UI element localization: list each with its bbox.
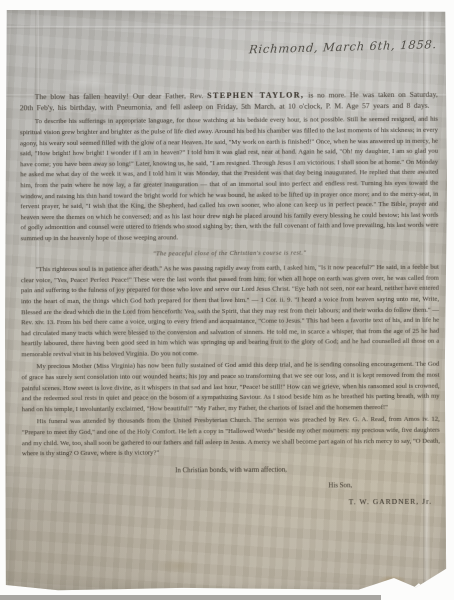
opening-text-before-name: The blow has fallen heavily! Our dear Fa… (35, 91, 207, 101)
paper-sheet: Richmond, March 6th, 1858. The blow has … (5, 10, 447, 592)
paragraph-last-words: "This righteous soul is in patience afte… (21, 263, 440, 361)
signoff-line: His Son, (22, 481, 440, 494)
paragraph-funeral: His funeral was attended by thousands fr… (22, 415, 440, 460)
scan-edge-shadow (0, 595, 381, 600)
paragraph-consolation: My precious Mother (Miss Virginia) has n… (21, 360, 439, 416)
paragraph-deathbed-scenes: To describe his sufferings in appropriat… (20, 115, 439, 245)
paragraph-opening: The blow has fallen heavily! Our dear Fa… (20, 89, 438, 114)
deceased-name: STEPHEN TAYLOR, (207, 91, 304, 101)
closing-line: In Christian bonds, with warm affection, (22, 465, 440, 478)
centered-quote: "The peaceful close of the Christian's c… (21, 247, 439, 260)
letter-body: The blow has fallen heavily! Our dear Fa… (20, 89, 441, 510)
scanned-letter: Richmond, March 6th, 1858. The blow has … (0, 0, 454, 600)
